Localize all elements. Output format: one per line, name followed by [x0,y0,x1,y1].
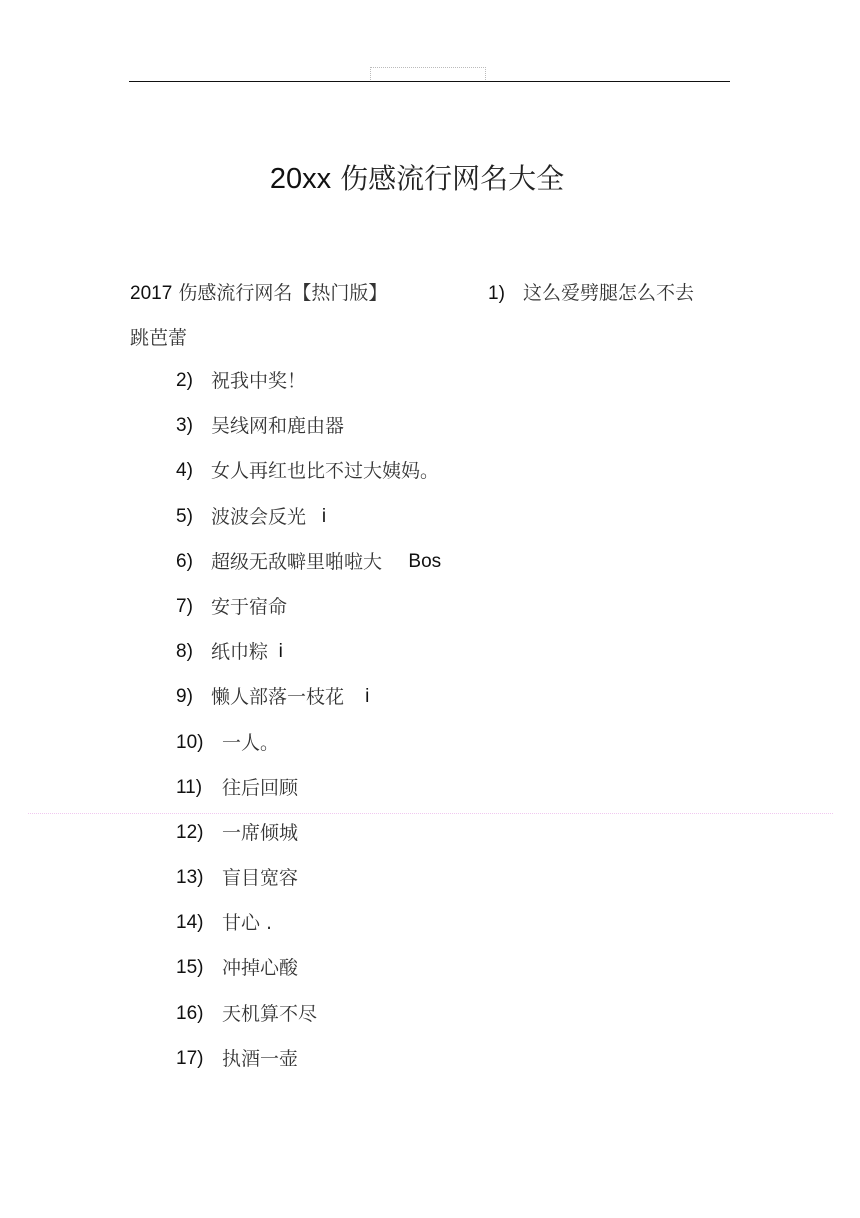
list-item: 17)执酒一壶 [176,1046,441,1091]
list-item: 6)超级无敌噼里啪啦大 Bos [176,549,441,594]
item-text: 懒人部落一枝花 [211,684,344,729]
item-number: 15) [176,955,222,1000]
item-number: 8) [176,639,211,684]
list-item-1: 1) 这么爱劈腿怎么不去 [488,278,694,305]
item-text: 天机算不尽 [222,1001,317,1046]
item-suffix: Bos [382,549,441,594]
item-number: 2) [176,368,211,413]
list-item: 16)天机算不尽 [176,1001,441,1046]
list-item: 12)一席倾城 [176,820,441,865]
item-number: 14) [176,910,222,955]
intro-heading: 伤感流行网名【热门版】 [172,282,387,304]
item-text: 这么爱劈腿怎么不去 [523,282,694,304]
item-number: 13) [176,865,222,910]
item-number: 6) [176,549,211,594]
list-item: 14)甘心 . [176,910,441,955]
item-number: 9) [176,684,211,729]
item-number: 5) [176,504,211,549]
list-item: 13)盲目宽容 [176,865,441,910]
header-rule [129,81,730,82]
item-suffix: i [306,504,326,549]
list-item: 7)安于宿命 [176,594,441,639]
list-item: 9)懒人部落一枝花 i [176,684,441,729]
name-list: 2)祝我中奖！ 3)吴线网和鹿由器 4)女人再红也比不过大姨妈。 5)波波会反光… [176,368,441,1091]
item-text: 女人再红也比不过大姨妈。 [211,458,439,503]
list-item: 5)波波会反光 i [176,504,441,549]
item-number: 4) [176,458,211,503]
list-item: 3)吴线网和鹿由器 [176,413,441,458]
item-text: 执酒一壶 [222,1046,298,1091]
item-text: 祝我中奖！ [211,368,306,413]
item-text: 一人。 [222,730,279,775]
item-number: 12) [176,820,222,865]
list-item: 2)祝我中奖！ [176,368,441,413]
item-text: 超级无敌噼里啪啦大 [211,549,382,594]
title-prefix: 20xx [270,163,331,195]
item-text: 冲掉心酸 [222,955,298,1000]
list-item-1-wrap: 跳芭蕾 [130,323,187,350]
intro-year: 2017 [130,283,172,304]
item-text: 波波会反光 [211,504,306,549]
item-text: 盲目宽容 [222,865,298,910]
page-break-divider [28,813,833,814]
item-suffix: i [268,639,283,684]
item-text: 安于宿命 [211,594,287,639]
item-number: 10) [176,730,222,775]
list-item: 15)冲掉心酸 [176,955,441,1000]
item-number: 1) [488,283,505,304]
item-text: 甘心 . [222,910,272,955]
document-title: 20xx 伤感流行网名大全 [0,157,834,197]
intro-line: 2017 伤感流行网名【热门版】 1) 这么爱劈腿怎么不去 [130,278,730,305]
list-item: 4)女人再红也比不过大姨妈。 [176,458,441,503]
title-text: 伤感流行网名大全 [331,162,564,195]
item-number: 16) [176,1001,222,1046]
item-number: 17) [176,1046,222,1091]
item-text: 纸巾粽 [211,639,268,684]
list-item: 10)一人。 [176,730,441,775]
header-placeholder-box [370,67,486,82]
item-number: 3) [176,413,211,458]
item-text: 一席倾城 [222,820,298,865]
list-item: 8)纸巾粽 i [176,639,441,684]
item-suffix: i [344,684,369,729]
item-number: 7) [176,594,211,639]
item-text: 吴线网和鹿由器 [211,413,344,458]
